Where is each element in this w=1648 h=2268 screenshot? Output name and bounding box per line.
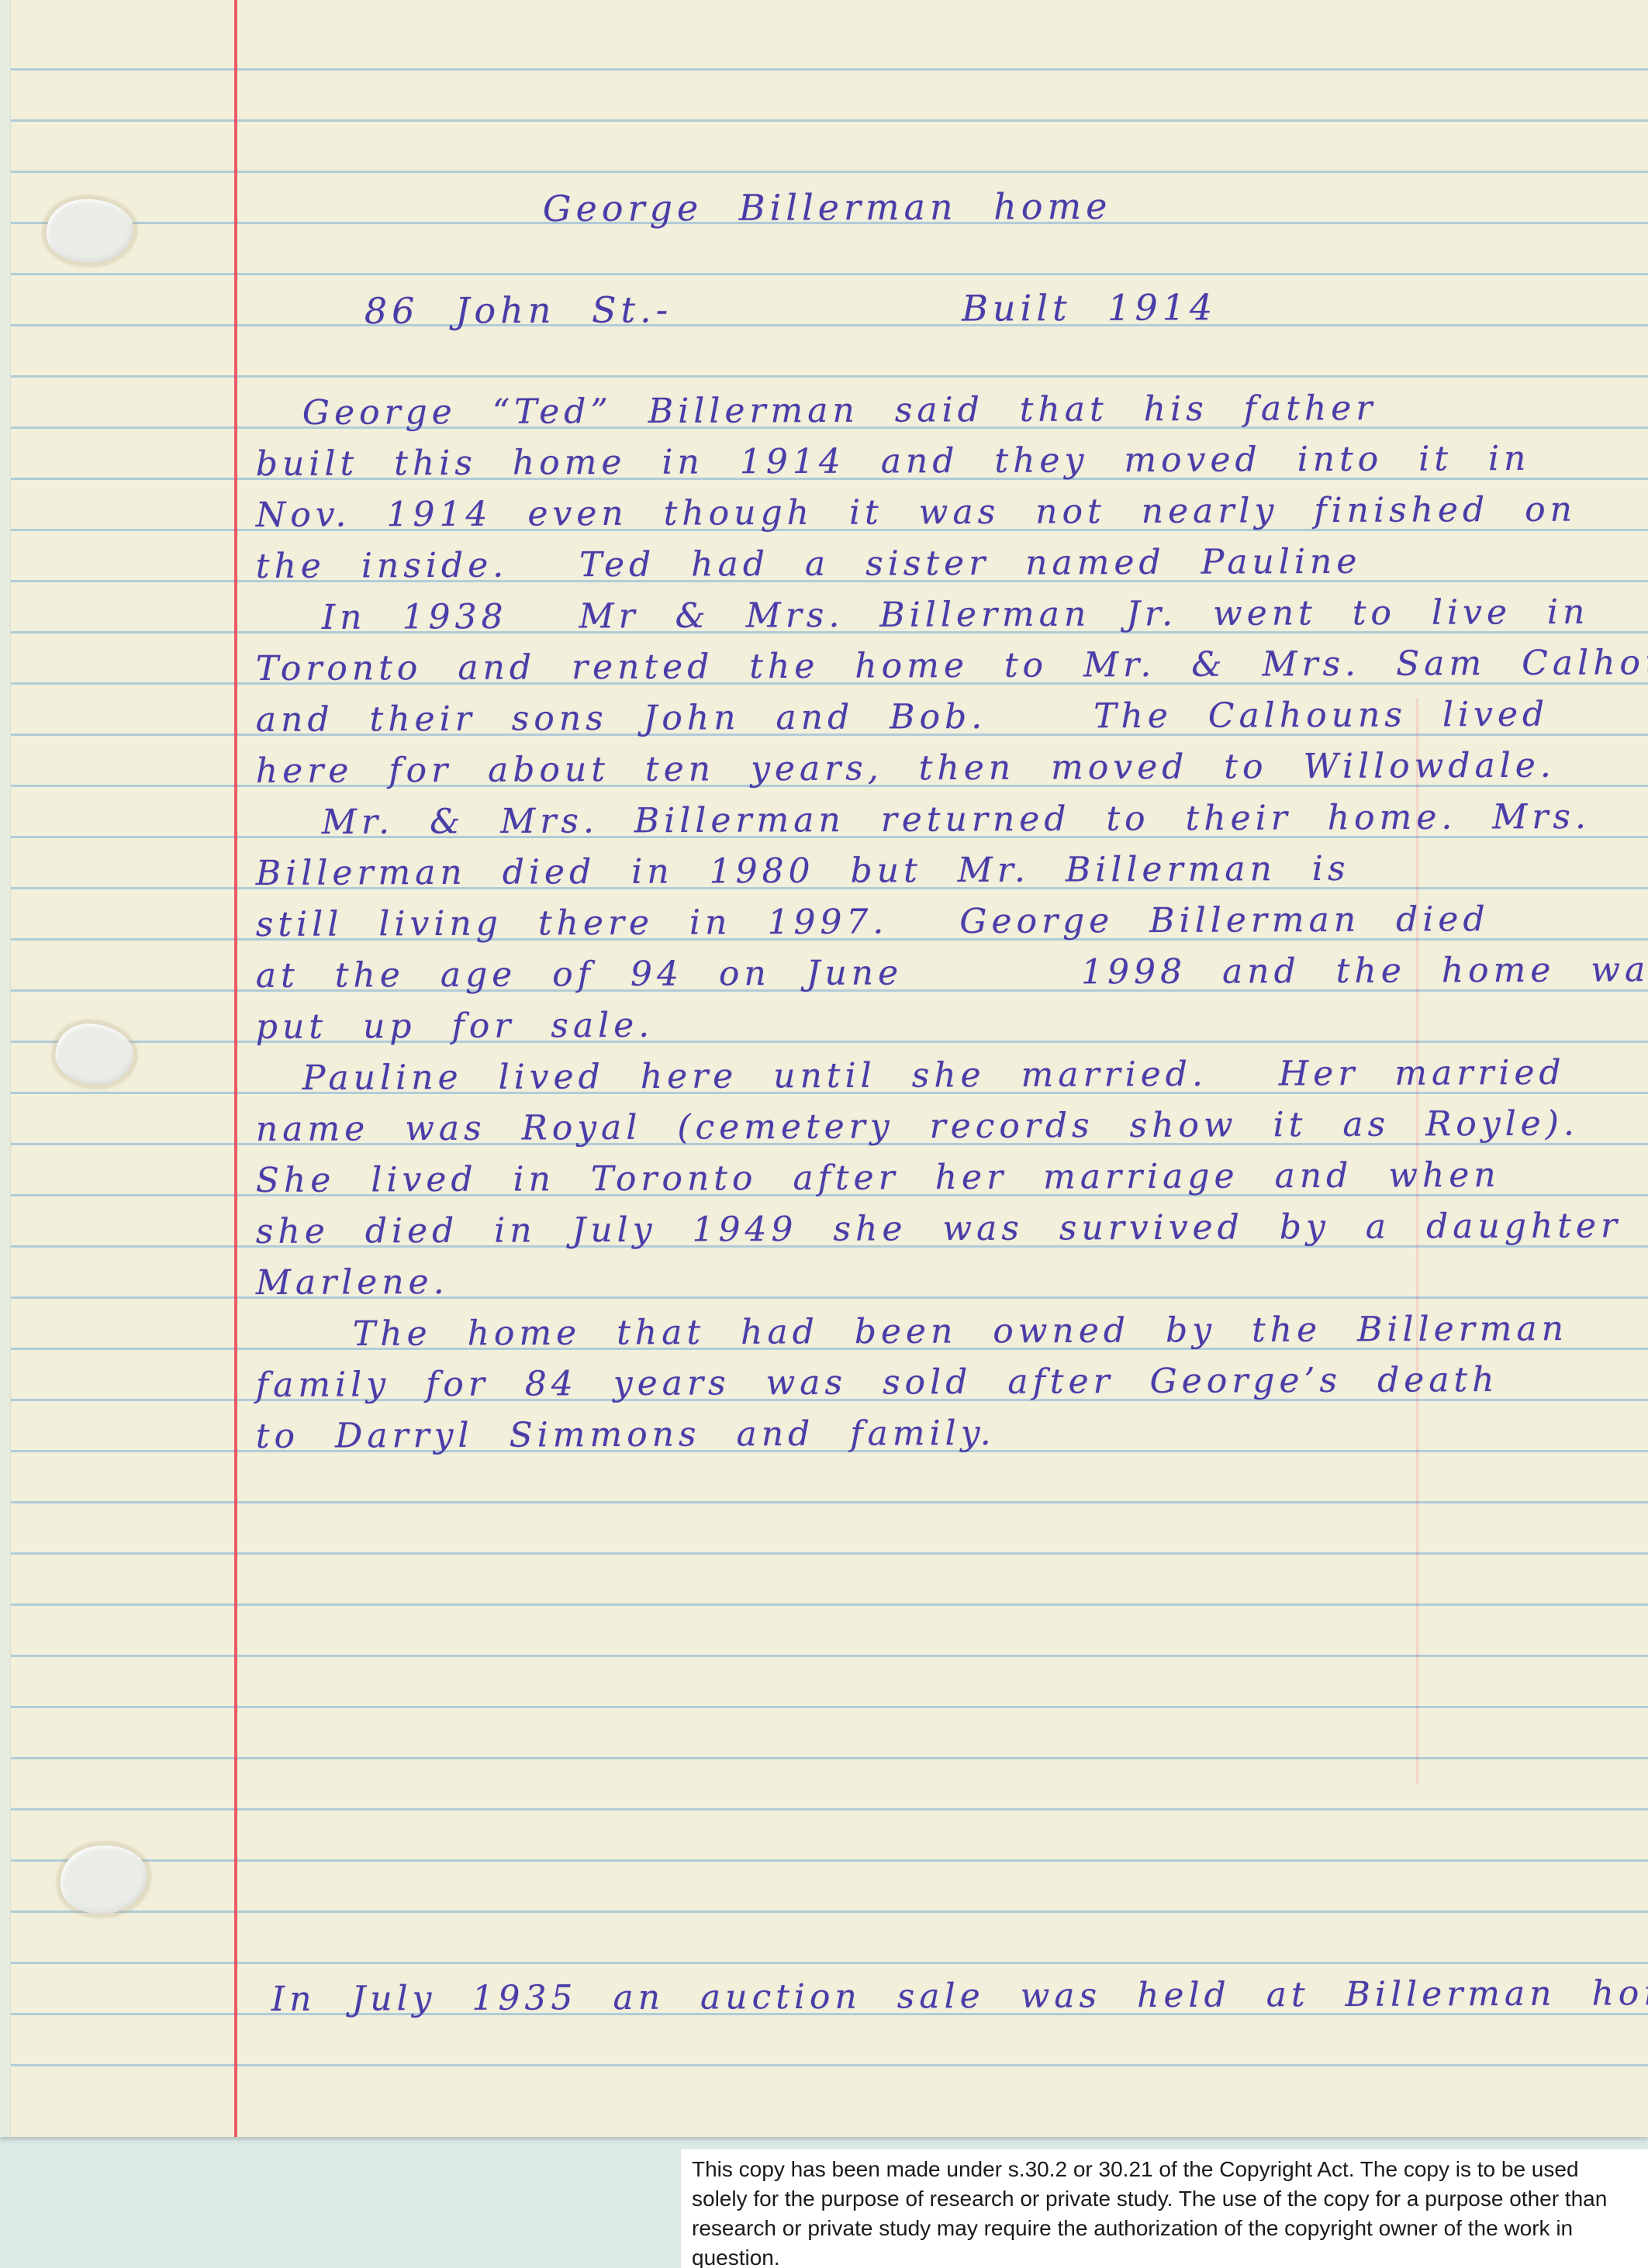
body-line: still living there in 1997. George Bille…	[256, 894, 1490, 951]
body-line: and their sons John and Bob. The Calhoun…	[256, 689, 1550, 746]
body-line: George “Ted” Billerman said that his fat…	[302, 383, 1377, 439]
title-line-1: George Billerman home	[543, 181, 1112, 234]
body-line: to Darryl Simmons and family.	[256, 1408, 996, 1462]
body-line: She lived in Toronto after her marriage …	[256, 1150, 1501, 1206]
body-line: Billerman died in 1980 but Mr. Billerman…	[256, 844, 1350, 899]
body-line: put up for sale.	[256, 1000, 655, 1053]
body-line: built this home in 1914 and they moved i…	[256, 433, 1531, 490]
scan-edge	[0, 0, 11, 2137]
body-line: she died in July 1949 she was survived b…	[256, 1200, 1622, 1258]
body-line: at the age of 94 on June 1998 and the ho…	[256, 944, 1648, 1002]
body-line: The home that had been owned by the Bill…	[353, 1303, 1568, 1360]
hole-punch-top	[47, 199, 133, 263]
margin-line	[234, 0, 237, 2137]
body-line: family for 84 years was sold after Georg…	[256, 1355, 1499, 1411]
copyright-notice: This copy has been made under s.30.2 or …	[681, 2149, 1648, 2268]
body-line: Mr. & Mrs. Billerman returned to their h…	[322, 792, 1591, 848]
title-line-2: 86 John St.- Built 1914	[364, 281, 1218, 337]
body-line: Nov. 1914 even though it was not nearly …	[256, 485, 1577, 541]
notebook-paper: George Billerman home 86 John St.- Built…	[0, 0, 1648, 2137]
body-line: name was Royal (cemetery records show it…	[256, 1099, 1579, 1155]
body-line: the inside. Ted had a sister named Pauli…	[256, 537, 1362, 592]
body-line: Marlene.	[256, 1257, 449, 1309]
body-line: here for about ten years, then moved to …	[256, 740, 1556, 797]
footnote-line: In July 1935 an auction sale was held at…	[271, 1968, 1648, 2025]
body-line: Pauline lived here until she married. He…	[302, 1048, 1566, 1104]
body-line: Toronto and rented the home to Mr. & Mrs…	[256, 637, 1648, 695]
body-line: In 1938 Mr & Mrs. Billerman Jr. went to …	[322, 587, 1590, 644]
